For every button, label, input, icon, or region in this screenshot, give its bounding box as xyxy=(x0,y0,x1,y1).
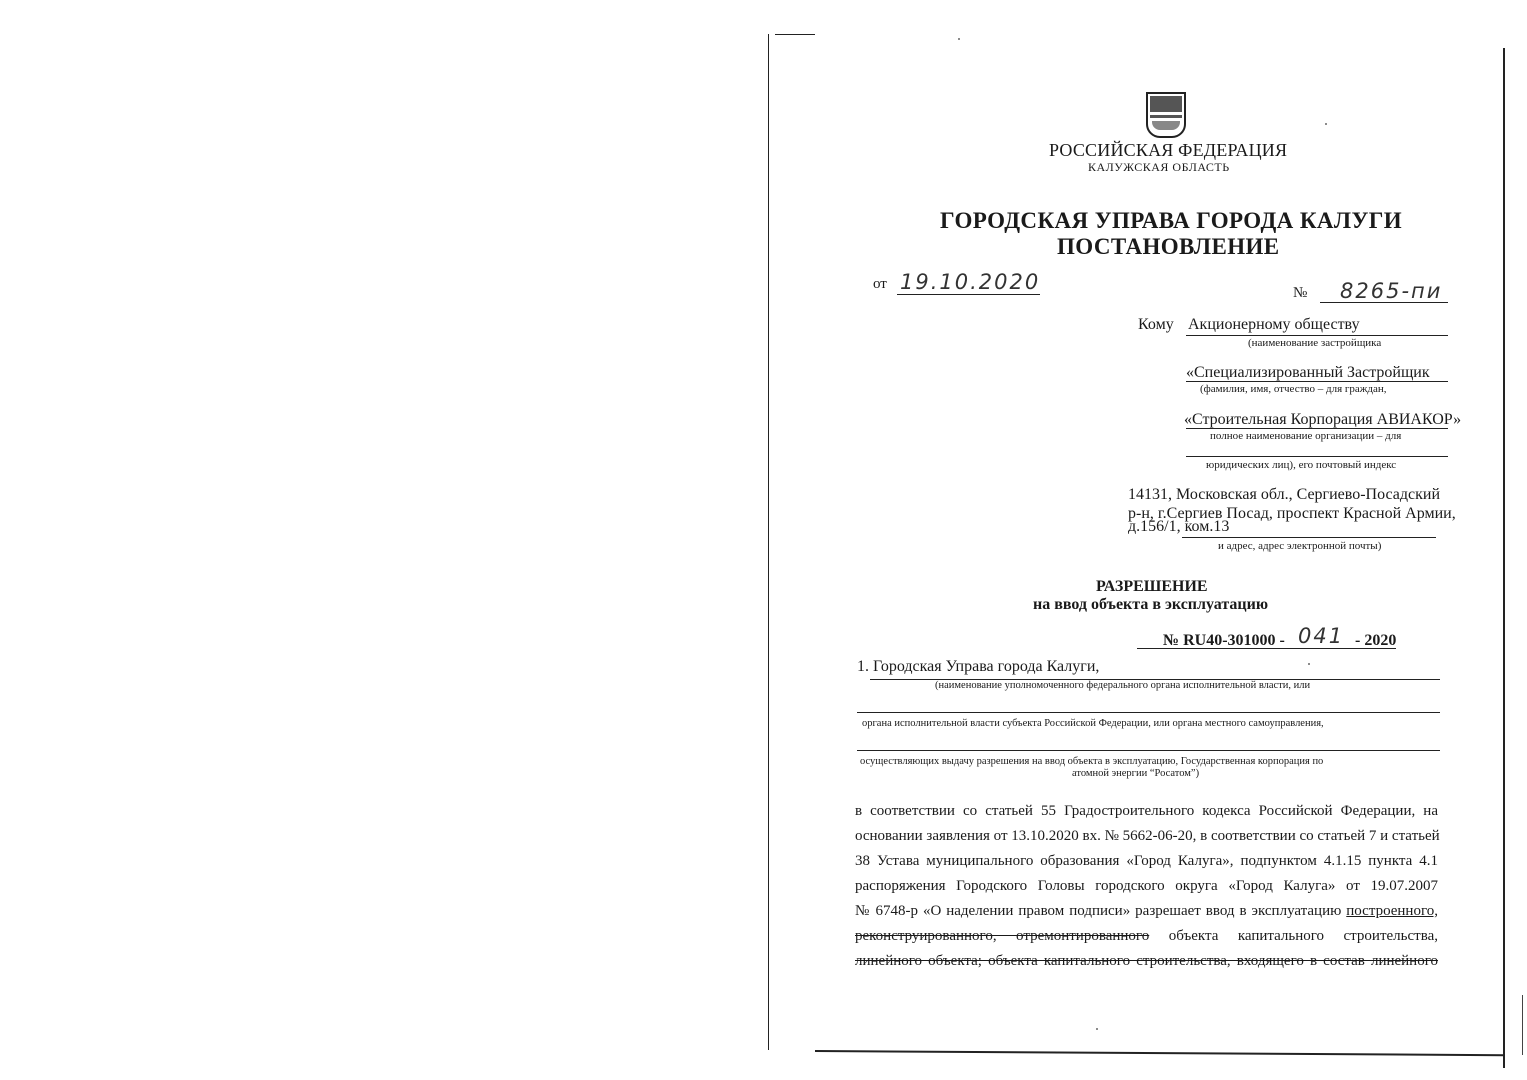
scan-border-top-stub xyxy=(775,34,815,35)
scan-border-left xyxy=(768,34,769,1050)
selected-option-built: построенного, xyxy=(1346,903,1438,919)
number-label: № xyxy=(1293,285,1307,302)
permit-title: РАЗРЕШЕНИЕ xyxy=(1096,578,1208,596)
body-line-6-text: объекта капитального строительства, xyxy=(1149,928,1438,944)
recipient-label: Кому xyxy=(1138,316,1174,334)
coat-of-arms-emblem-icon xyxy=(1146,92,1186,138)
issuing-authority-value: 1. Городская Управа города Калуги, xyxy=(857,658,1099,676)
document-type-heading: ПОСТАНОВЛЕНИЕ xyxy=(1057,234,1280,260)
recipient-caption-2: (фамилия, имя, отчество – для граждан, xyxy=(1200,383,1387,395)
body-line-7-struck: линейного объекта; объекта капитального … xyxy=(855,953,1438,970)
date-underline xyxy=(897,294,1040,295)
recipient-caption-5: и адрес, адрес электронной почты) xyxy=(1218,540,1381,552)
permit-number-handwritten: 041 xyxy=(1298,624,1344,648)
body-line-1: в соответствии со статьей 55 Градостроит… xyxy=(855,803,1438,820)
scanned-document-page: РОССИЙСКАЯ ФЕДЕРАЦИЯ КАЛУЖСКАЯ ОБЛАСТЬ Г… xyxy=(0,0,1527,1080)
permit-number-underline xyxy=(1137,648,1396,649)
date-label: от xyxy=(873,276,887,293)
region-heading: КАЛУЖСКАЯ ОБЛАСТЬ xyxy=(1088,160,1230,175)
body-line-2: основании заявления от 13.10.2020 вх. № … xyxy=(855,828,1438,845)
body-line-5: № 6748-р «О наделении правом подписи» ра… xyxy=(855,903,1438,920)
body-line-4: распоряжения Городского Головы городског… xyxy=(855,878,1438,895)
recipient-address-3: д.156/1, ком.13 xyxy=(1128,518,1229,536)
number-underline xyxy=(1320,302,1448,303)
body-line-5-text: № 6748-р «О наделении правом подписи» ра… xyxy=(855,903,1346,919)
body-line-6: реконструированного, отремонтированного … xyxy=(855,928,1438,945)
recipient-caption-1: (наименование застройщика xyxy=(1248,337,1381,349)
section1-caption-4: атомной энергии “Росатом”) xyxy=(1072,768,1199,779)
scan-edge-far-right xyxy=(1522,995,1523,1055)
struck-options-reconstructed-repaired: реконструированного, отремонтированного xyxy=(855,928,1149,944)
permit-subtitle: на ввод объекта в эксплуатацию xyxy=(1033,596,1268,614)
scan-border-right xyxy=(1503,48,1505,1068)
recipient-caption-4: юридических лиц), его почтовый индекс xyxy=(1206,459,1396,471)
section1-caption-2: органа исполнительной власти субъекта Ро… xyxy=(862,718,1324,729)
date-value: 19.10.2020 xyxy=(900,270,1040,294)
section1-caption-1: (наименование уполномоченного федерально… xyxy=(935,680,1310,691)
scan-border-bottom xyxy=(815,1050,1505,1056)
section1-caption-3: осуществляющих выдачу разрешения на ввод… xyxy=(860,756,1323,767)
recipient-caption-3: полное наименование организации – для xyxy=(1210,430,1401,442)
recipient-line-1: Акционерному обществу xyxy=(1188,316,1360,334)
recipient-line-2: «Специализированный Застройщик xyxy=(1186,364,1430,382)
body-line-3: 38 Устава муниципального образования «Го… xyxy=(855,853,1438,870)
authority-heading: ГОРОДСКАЯ УПРАВА ГОРОДА КАЛУГИ xyxy=(940,208,1402,234)
recipient-line-3: «Строительная Корпорация АВИАКОР» xyxy=(1184,411,1461,429)
number-value: 8265-пи xyxy=(1340,279,1442,303)
recipient-address-1: 14131, Московская обл., Сергиево-Посадск… xyxy=(1128,486,1440,504)
country-heading: РОССИЙСКАЯ ФЕДЕРАЦИЯ xyxy=(1049,140,1287,161)
